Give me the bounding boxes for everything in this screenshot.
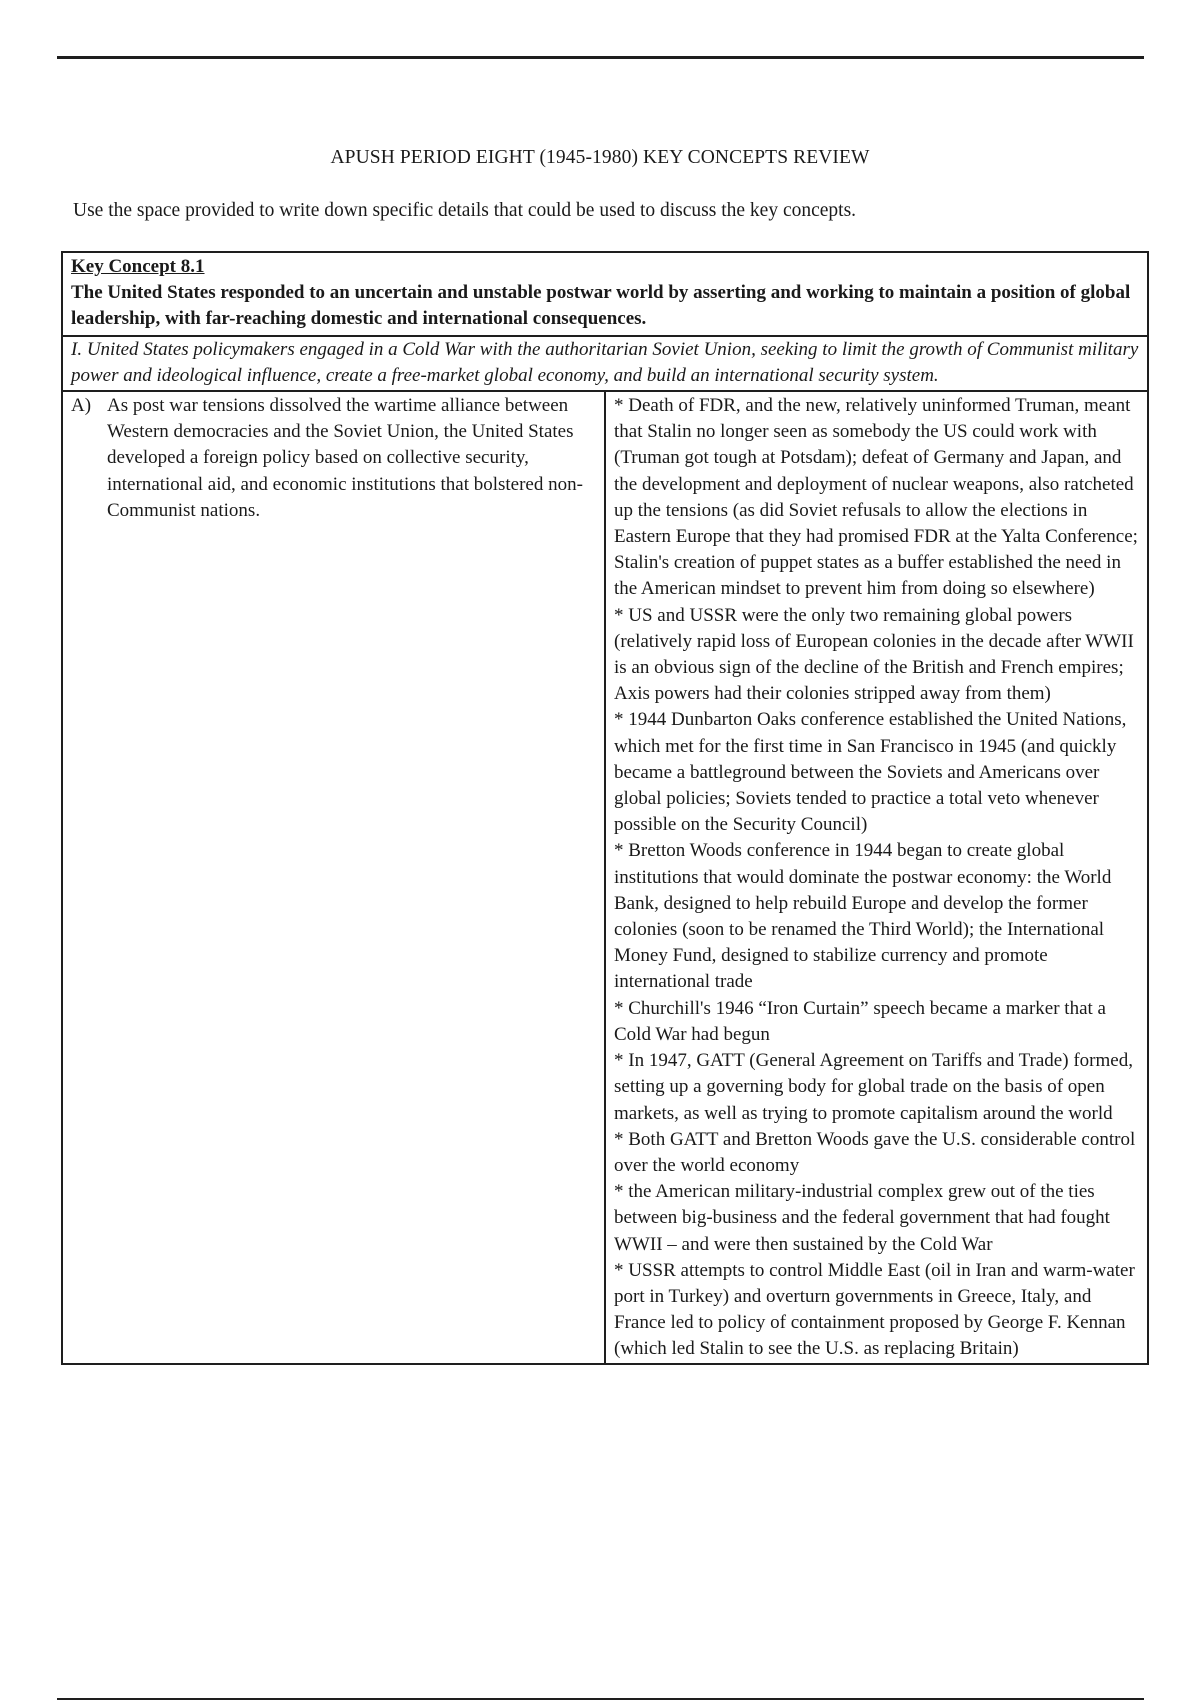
subconcept-row: I. United States policymakers engaged in…	[62, 336, 1148, 391]
key-concept-label: Key Concept 8.1	[71, 254, 1139, 280]
note-bullet: * 1944 Dunbarton Oaks conference establi…	[614, 707, 1139, 838]
instructions-text: Use the space provided to write down spe…	[73, 199, 856, 223]
key-concept-header-row: Key Concept 8.1 The United States respon…	[62, 252, 1148, 336]
subconcept-text: I. United States policymakers engaged in…	[62, 336, 1148, 391]
notes-cell: * Death of FDR, and the new, relatively …	[605, 391, 1148, 1364]
note-bullet: * the American military-industrial compl…	[614, 1179, 1139, 1258]
document-title: APUSH PERIOD EIGHT (1945-1980) KEY CONCE…	[0, 146, 1200, 170]
item-text: As post war tensions dissolved the warti…	[107, 393, 596, 524]
note-bullet: * Both GATT and Bretton Woods gave the U…	[614, 1127, 1139, 1179]
note-bullet: * USSR attempts to control Middle East (…	[614, 1258, 1139, 1363]
note-bullet: * Bretton Woods conference in 1944 began…	[614, 838, 1139, 995]
note-bullet: * Churchill's 1946 “Iron Curtain” speech…	[614, 996, 1139, 1048]
key-concept-table: Key Concept 8.1 The United States respon…	[61, 251, 1149, 1365]
header-rule	[57, 56, 1144, 59]
detail-row: A) As post war tensions dissolved the wa…	[62, 391, 1148, 1364]
key-concept-header-cell: Key Concept 8.1 The United States respon…	[62, 252, 1148, 336]
item-marker: A)	[71, 393, 107, 524]
note-bullet: * US and USSR were the only two remainin…	[614, 603, 1139, 708]
note-bullet: * In 1947, GATT (General Agreement on Ta…	[614, 1048, 1139, 1127]
concept-item-cell: A) As post war tensions dissolved the wa…	[62, 391, 605, 1364]
note-bullet: * Death of FDR, and the new, relatively …	[614, 393, 1139, 603]
concept-item: A) As post war tensions dissolved the wa…	[71, 393, 596, 524]
key-concept-statement: The United States responded to an uncert…	[71, 280, 1139, 332]
